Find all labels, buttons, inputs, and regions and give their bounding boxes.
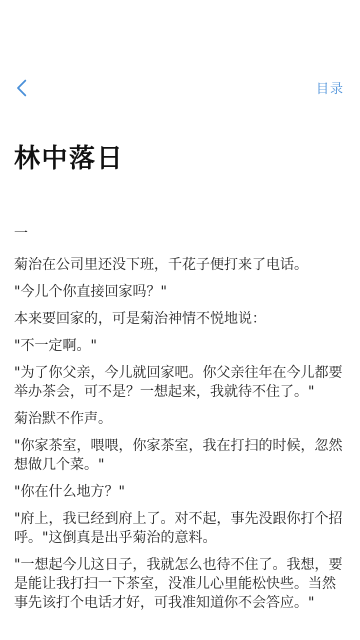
chapter-body: 菊治在公司里还没下班，千花子便打来了电话。"今儿个你直接回家吗？"本来要回家的，… — [14, 256, 346, 613]
paragraph: 菊治在公司里还没下班，千花子便打来了电话。 — [14, 256, 346, 275]
back-button[interactable] — [16, 79, 27, 97]
paragraph: 菊治默不作声。 — [14, 410, 346, 429]
chevron-left-icon — [16, 79, 27, 97]
reader-screen: 目录 林中落日 一 菊治在公司里还没下班，千花子便打来了电话。"今儿个你直接回家… — [0, 0, 360, 640]
toc-button[interactable]: 目录 — [316, 78, 344, 97]
section-marker: 一 — [14, 225, 346, 244]
paragraph: "你在什么地方？" — [14, 483, 346, 502]
page: { "colors": { "accent": "#4a90d9", "titl… — [0, 0, 360, 640]
paragraph: "今儿个你直接回家吗？" — [14, 283, 346, 302]
paragraph: "你家茶室，喂喂，你家茶室，我在打扫的时候，忽然想做几个菜。" — [14, 437, 346, 475]
paragraph: "一想起今儿这日子，我就怎么也待不住了。我想，要是能让我打扫一下茶室，没准儿心里… — [14, 556, 346, 613]
chapter-title: 林中落日 — [14, 143, 346, 175]
reader-header: 目录 — [0, 0, 360, 97]
paragraph: 本来要回家的，可是菊治神情不悦地说： — [14, 310, 346, 329]
paragraph: "为了你父亲，今儿就回家吧。你父亲往年在今儿都要举办茶会，可不是？一想起来，我就… — [14, 364, 346, 402]
paragraph: "府上，我已经到府上了。对不起，事先没跟你打个招呼。"这倒真是出乎菊治的意料。 — [14, 510, 346, 548]
paragraph: "不一定啊。" — [14, 337, 346, 356]
